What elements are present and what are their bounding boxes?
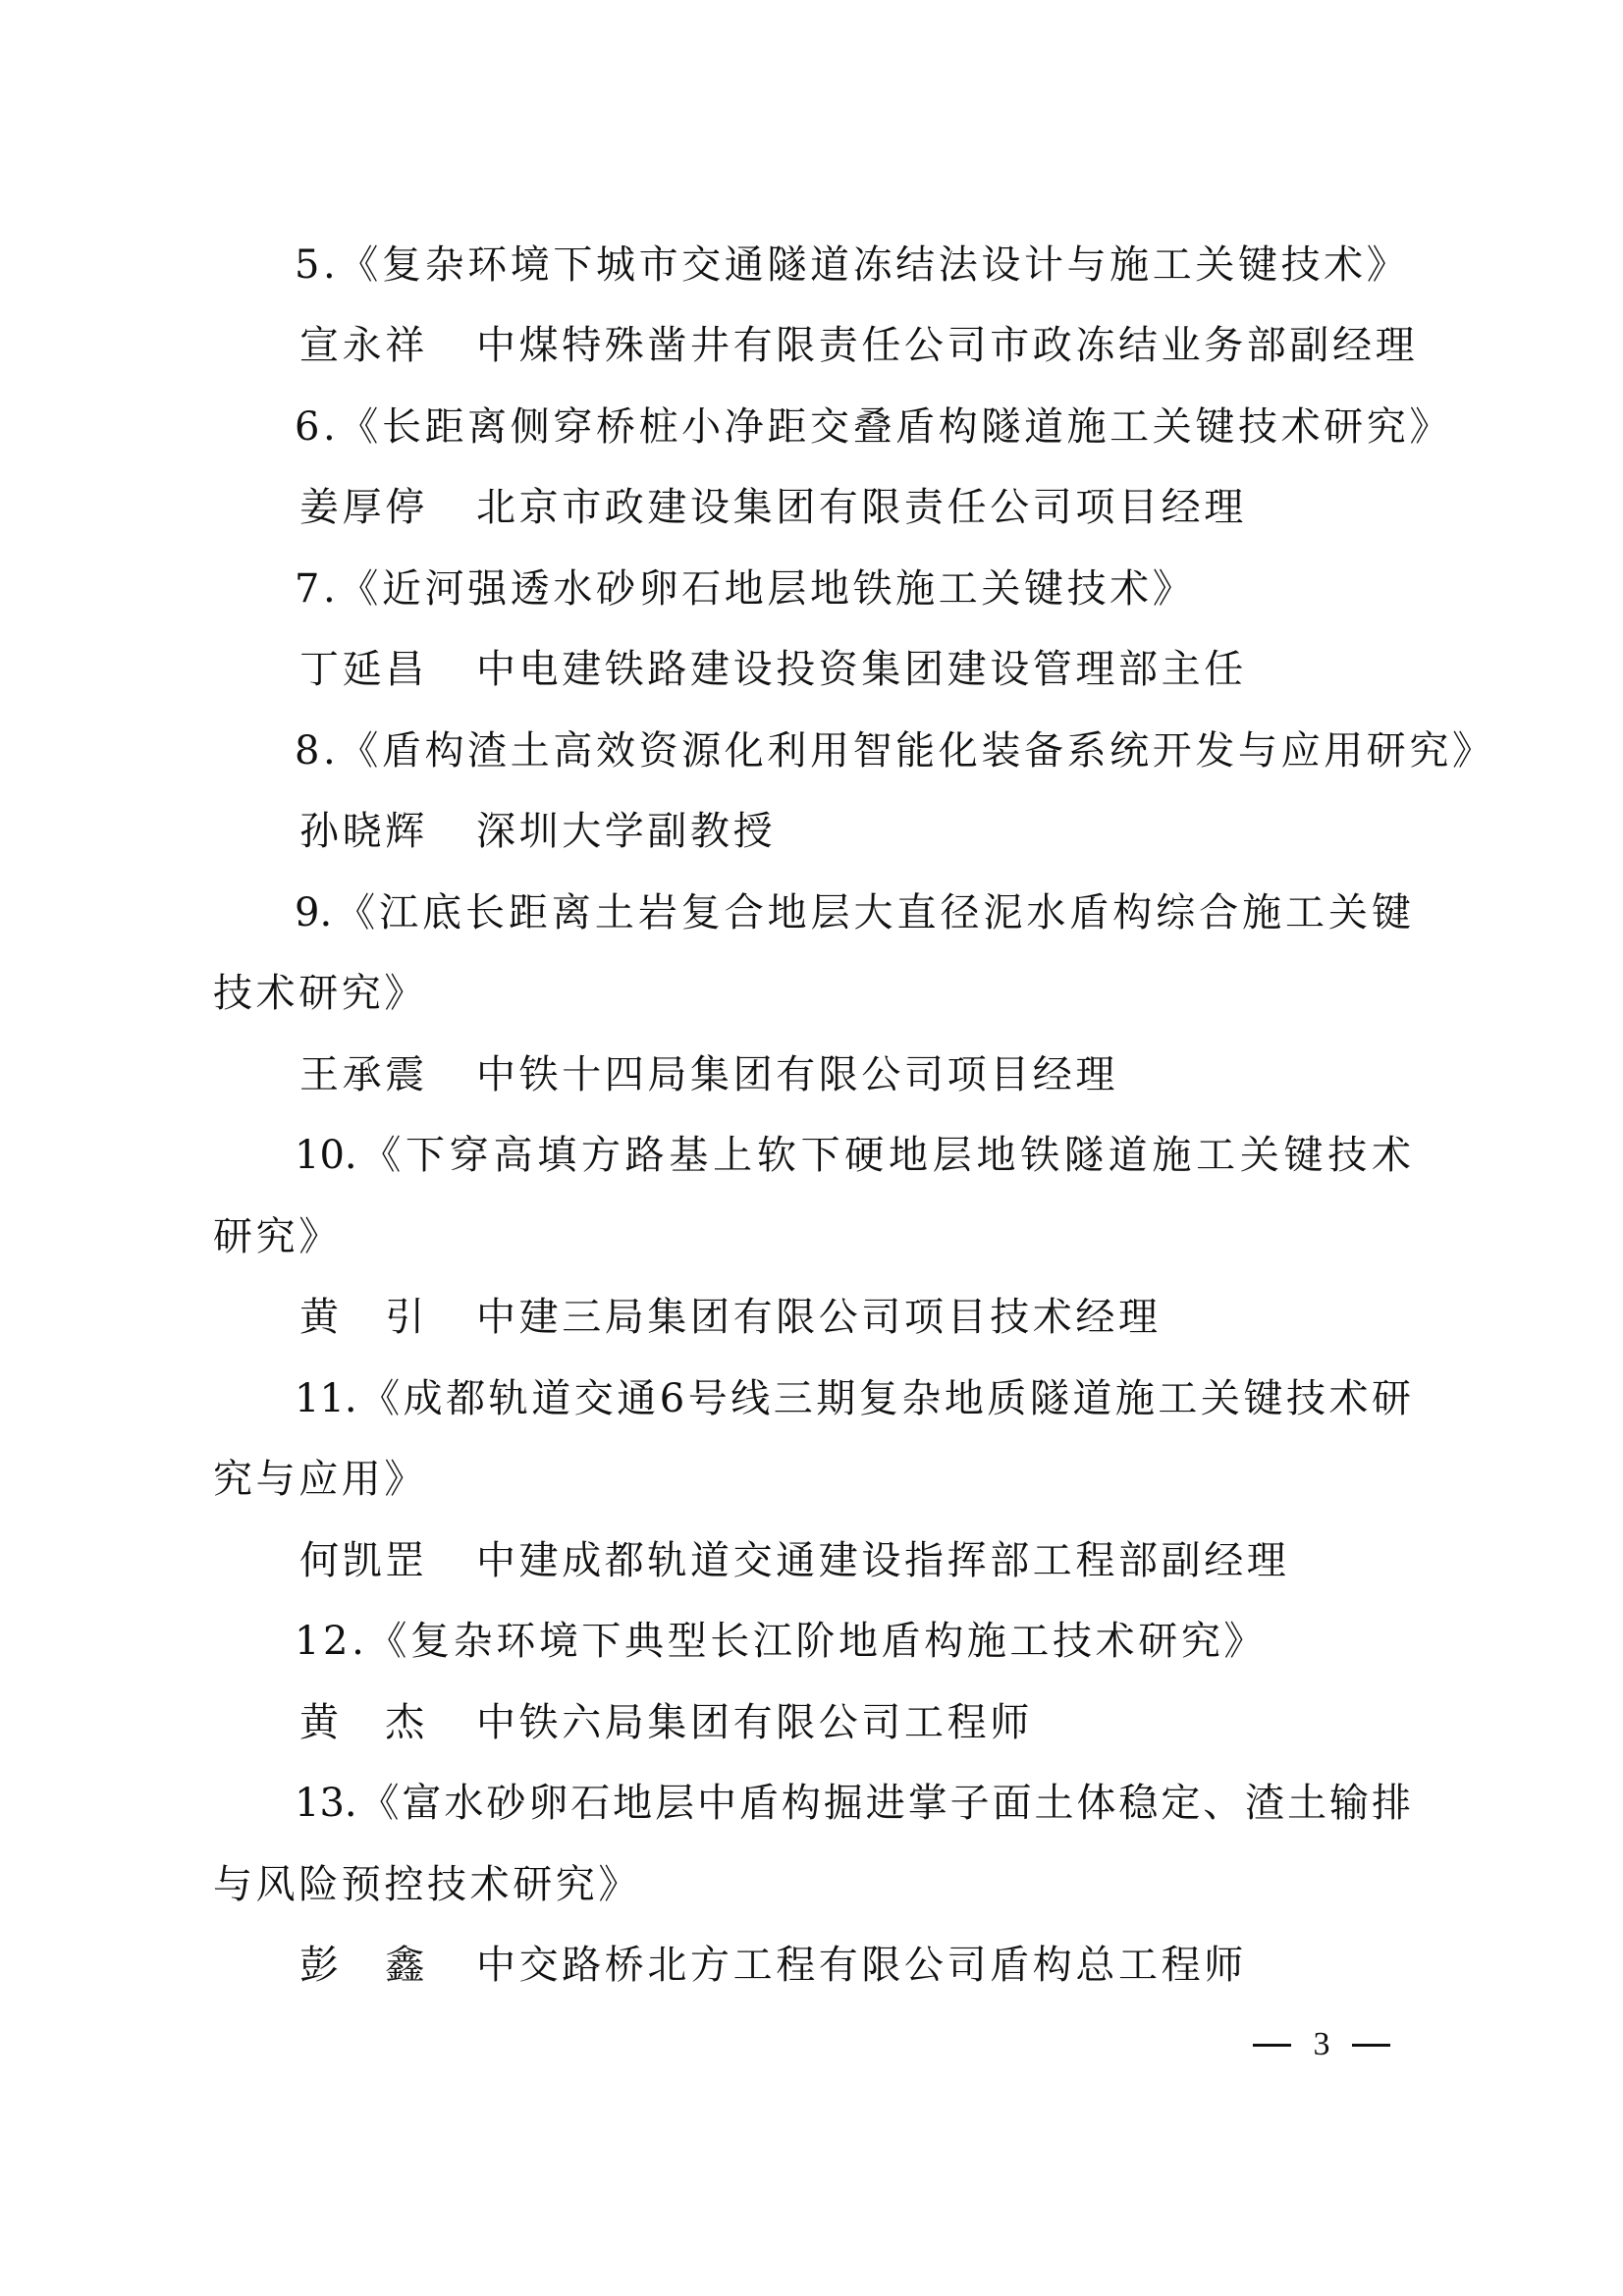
entry-11-name: 何凯罡 xyxy=(299,1536,428,1585)
document-page: 5.《复杂环境下城市交通隧道冻结法设计与施工关键技术》 宣永祥 中煤特殊凿井有限… xyxy=(0,0,1623,2296)
entry-10-affiliation: 中建三局集团有限公司项目技术经理 xyxy=(476,1293,1162,1342)
entry-7-name: 丁延昌 xyxy=(299,645,428,694)
entry-9-person: 王承震 中铁十四局集团有限公司项目经理 xyxy=(0,1050,1623,1099)
entry-7-title: 7.《近河强透水砂卵石地层地铁施工关键技术》 xyxy=(295,564,1195,614)
entry-9-affiliation: 中铁十四局集团有限公司项目经理 xyxy=(476,1050,1118,1099)
entry-13-name: 彭 鑫 xyxy=(299,1941,428,1990)
entry-10-person: 黄 引 中建三局集团有限公司项目技术经理 xyxy=(0,1293,1623,1342)
page-number: 3 xyxy=(1253,2020,1390,2069)
entry-7-person: 丁延昌 中电建铁路建设投资集团建设管理部主任 xyxy=(0,645,1623,694)
entry-10-name: 黄 引 xyxy=(299,1293,428,1342)
page-number-dash-left xyxy=(1253,2044,1291,2047)
page-number-value: 3 xyxy=(1314,2020,1330,2069)
entry-12-affiliation: 中铁六局集团有限公司工程师 xyxy=(476,1698,1033,1747)
entry-11-affiliation: 中建成都轨道交通建设指挥部工程部副经理 xyxy=(476,1536,1289,1585)
entry-12-title: 12.《复杂环境下典型长江阶地盾构施工技术研究》 xyxy=(295,1617,1267,1666)
entry-7-affiliation: 中电建铁路建设投资集团建设管理部主任 xyxy=(476,645,1247,694)
entry-5-person: 宣永祥 中煤特殊凿井有限责任公司市政冻结业务部副经理 xyxy=(0,321,1623,370)
entry-5-name: 宣永祥 xyxy=(299,321,428,370)
entry-8-name: 孙晓辉 xyxy=(299,807,428,856)
entry-13-person: 彭 鑫 中交路桥北方工程有限公司盾构总工程师 xyxy=(0,1941,1623,1990)
entry-5-affiliation: 中煤特殊凿井有限责任公司市政冻结业务部副经理 xyxy=(476,321,1418,370)
entry-8-title: 8.《盾构渣土高效资源化利用智能化装备系统开发与应用研究》 xyxy=(295,726,1495,775)
entry-6-person: 姜厚停 北京市政建设集团有限责任公司项目经理 xyxy=(0,483,1623,532)
entry-10-title-line-1: 10.《下穿高填方路基上软下硬地层地铁隧道施工关键技术 xyxy=(295,1131,1411,1180)
entry-9-name: 王承震 xyxy=(299,1050,428,1099)
entry-11-title-line-1: 11.《成都轨道交通6号线三期复杂地质隧道施工关键技术研 xyxy=(295,1374,1411,1423)
entry-8-affiliation: 深圳大学副教授 xyxy=(476,807,776,856)
entry-9-title-line-1: 9.《江底长距离土岩复合地层大直径泥水盾构综合施工关键 xyxy=(295,888,1411,937)
entry-13-affiliation: 中交路桥北方工程有限公司盾构总工程师 xyxy=(476,1941,1247,1990)
entry-11-title-line-2: 究与应用》 xyxy=(213,1455,427,1504)
entry-10-title-line-2: 研究》 xyxy=(213,1212,342,1261)
entry-6-title: 6.《长距离侧穿桥桩小净距交叠盾构隧道施工关键技术研究》 xyxy=(295,402,1452,452)
entry-11-person: 何凯罡 中建成都轨道交通建设指挥部工程部副经理 xyxy=(0,1536,1623,1585)
page-number-dash-right xyxy=(1352,2044,1390,2047)
entry-12-name: 黄 杰 xyxy=(299,1698,428,1747)
entry-6-affiliation: 北京市政建设集团有限责任公司项目经理 xyxy=(476,483,1247,532)
entry-13-title-line-2: 与风险预控技术研究》 xyxy=(213,1860,641,1909)
entry-8-person: 孙晓辉 深圳大学副教授 xyxy=(0,807,1623,856)
entry-5-title: 5.《复杂环境下城市交通隧道冻结法设计与施工关键技术》 xyxy=(295,240,1409,290)
entry-12-person: 黄 杰 中铁六局集团有限公司工程师 xyxy=(0,1698,1623,1747)
entry-9-title-line-2: 技术研究》 xyxy=(213,969,427,1018)
entry-13-title-line-1: 13.《富水砂卵石地层中盾构掘进掌子面土体稳定、渣土输排 xyxy=(295,1779,1411,1828)
entry-6-name: 姜厚停 xyxy=(299,483,428,532)
